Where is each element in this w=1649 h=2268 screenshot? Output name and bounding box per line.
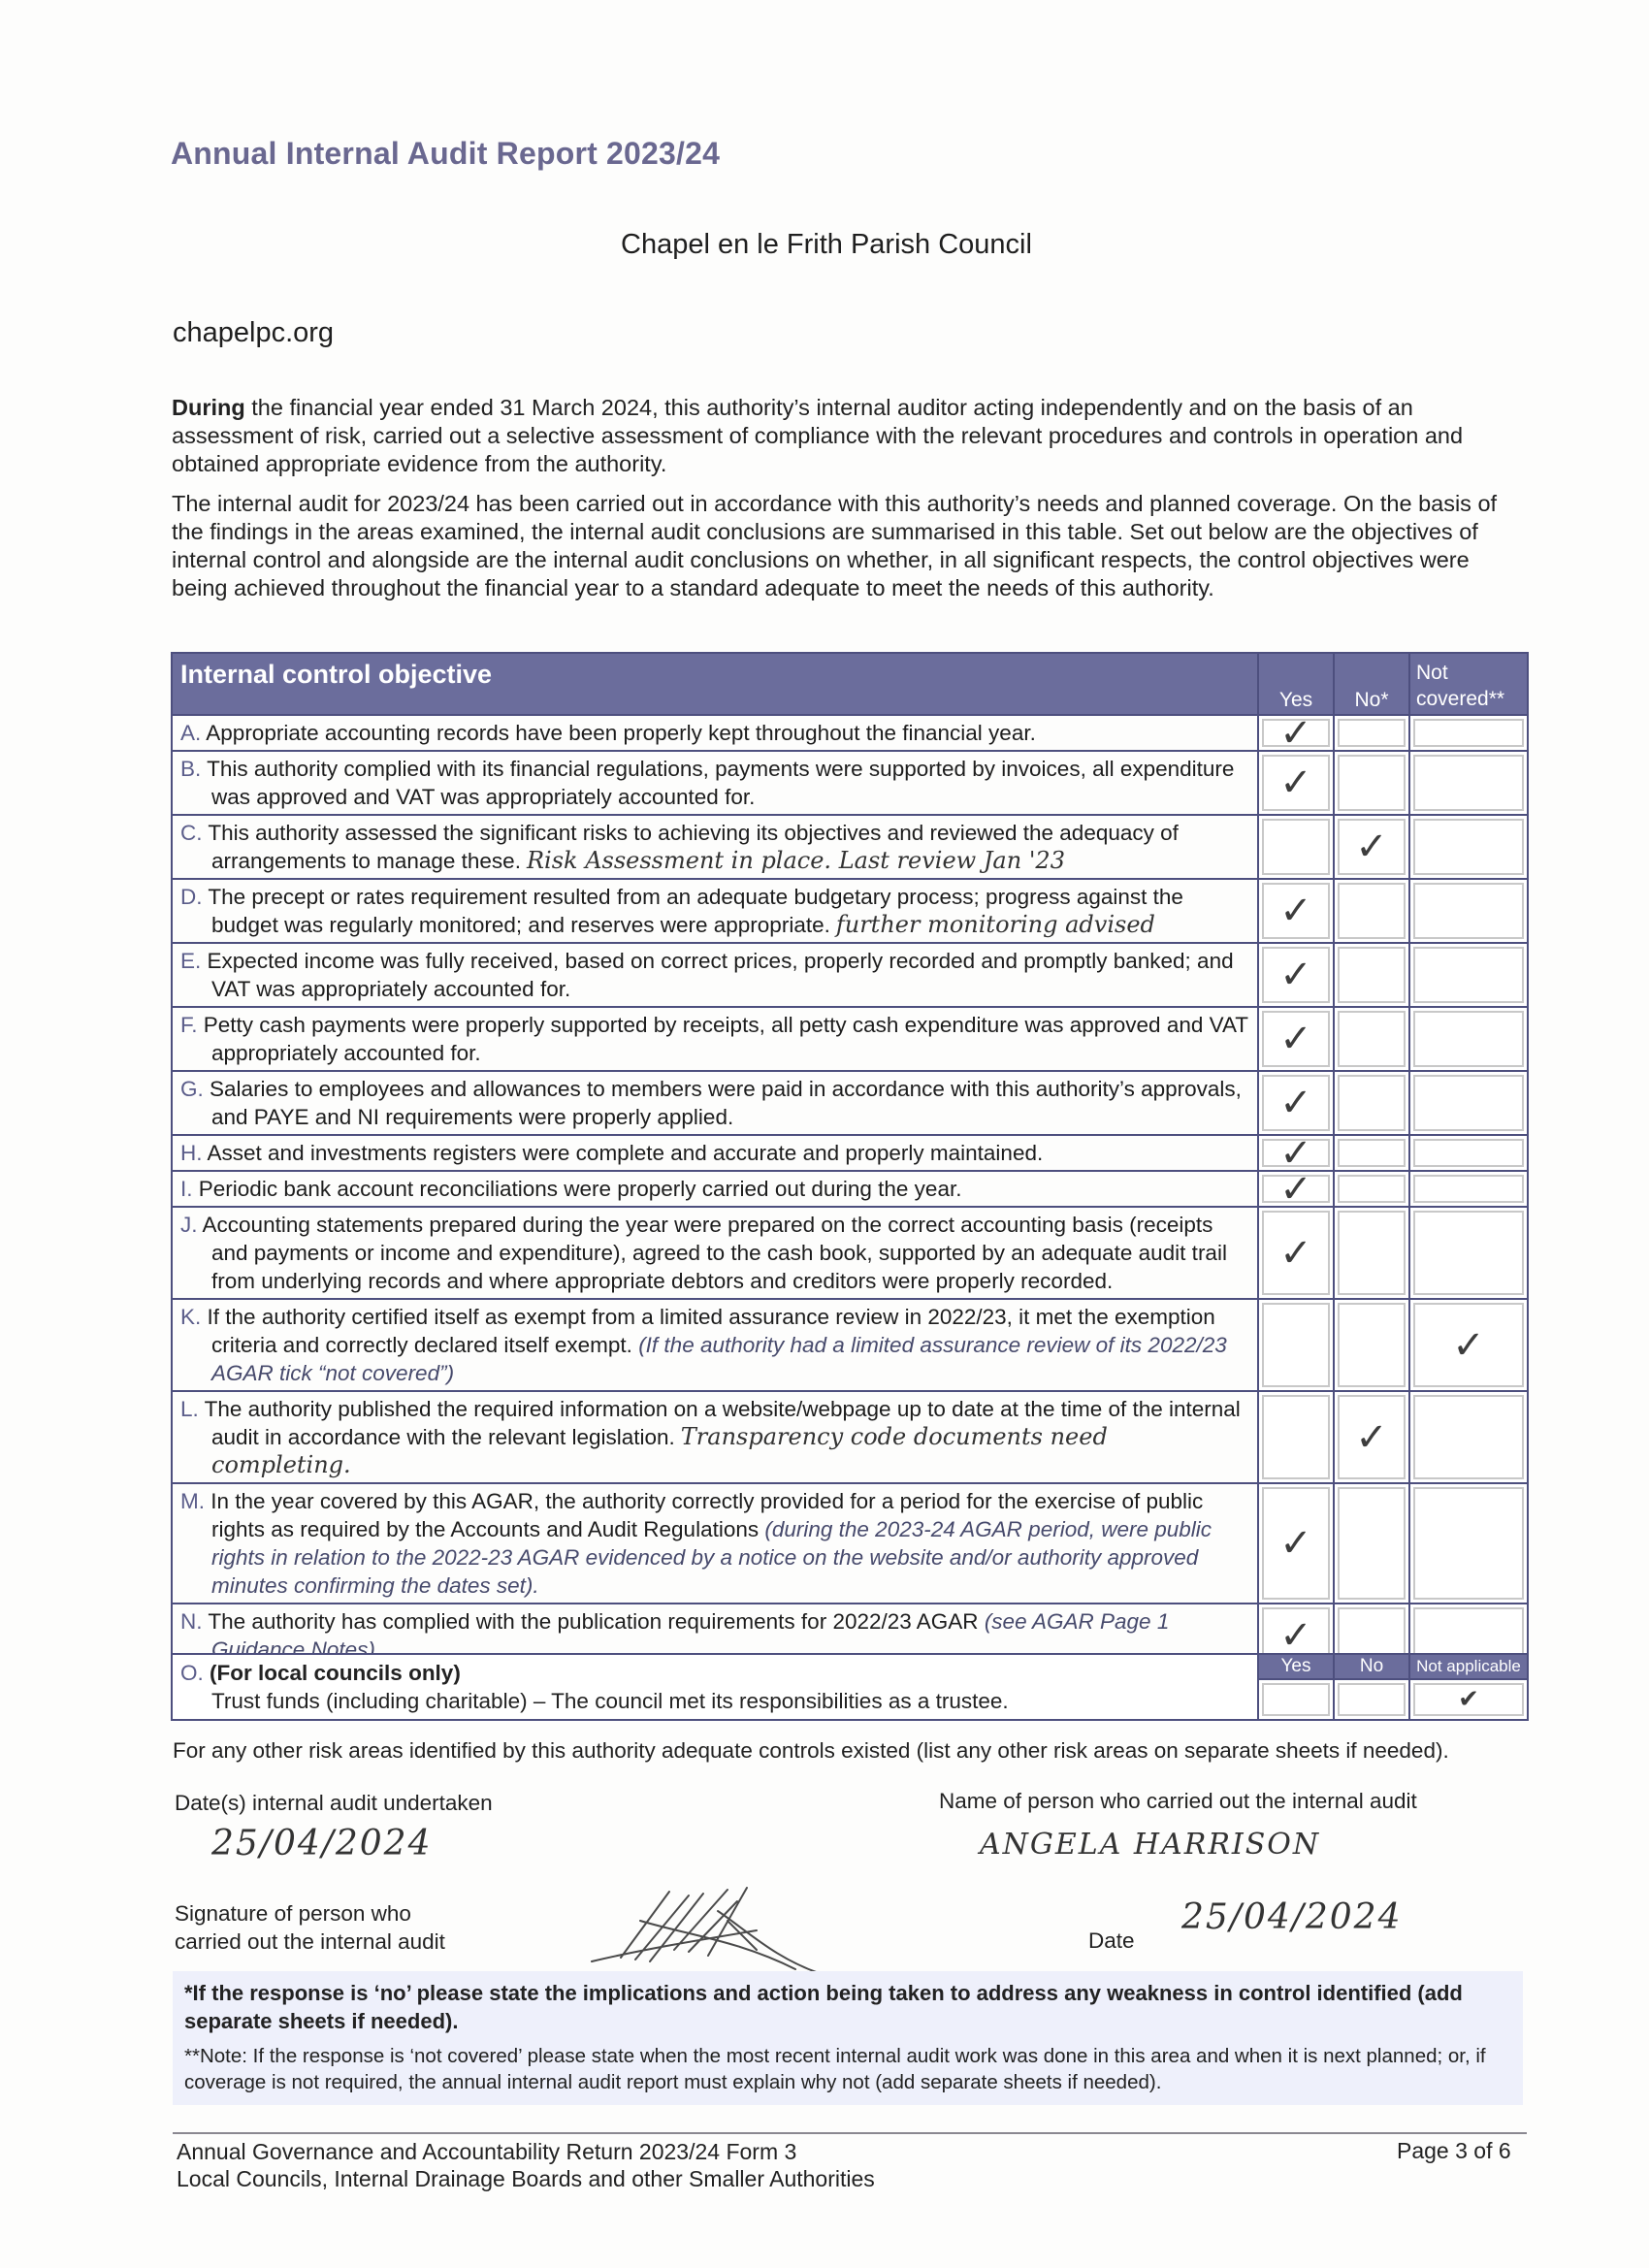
table-row: A. Appropriate accounting records have b…	[172, 715, 1528, 751]
objective-letter: L.	[180, 1397, 199, 1421]
table-row: L. The authority published the required …	[172, 1391, 1528, 1483]
yes-checkbox[interactable]: ✓	[1258, 879, 1334, 943]
intro-paragraph-2: The internal audit for 2023/24 has been …	[172, 490, 1510, 602]
objective-text: A. Appropriate accounting records have b…	[172, 715, 1258, 751]
audit-dates-label: Date(s) internal audit undertaken	[175, 1789, 493, 1817]
no-response-note: *If the response is ‘no’ please state th…	[184, 1979, 1511, 2035]
objective-letter: J.	[180, 1213, 198, 1237]
report-title: Annual Internal Audit Report 2023/24	[171, 136, 720, 172]
yes-checkbox[interactable]: ✓	[1258, 1483, 1334, 1604]
footer-form-name: Annual Governance and Accountability Ret…	[177, 2138, 875, 2192]
no-column-header: No*	[1334, 653, 1409, 715]
auditor-handwritten-note: further monitoring advised	[836, 911, 1155, 938]
objectives-body: A. Appropriate accounting records have b…	[172, 715, 1528, 1668]
no-checkbox[interactable]	[1334, 1007, 1409, 1071]
table-row: B. This authority complied with its fina…	[172, 751, 1528, 815]
auditor-name-field[interactable]: ANGELA HARRISON	[980, 1828, 1320, 1862]
trust-no-checkbox[interactable]	[1334, 1679, 1409, 1721]
objective-description: This authority complied with its financi…	[207, 757, 1234, 809]
yes-checkbox[interactable]: ✓	[1258, 715, 1334, 751]
not-covered-checkbox[interactable]	[1409, 1007, 1528, 1071]
trust-header-row: O. (For local councils only) Trust funds…	[172, 1654, 1528, 1679]
intro-p1-body: the financial year ended 31 March 2024, …	[172, 395, 1463, 476]
objective-letter: K.	[180, 1305, 201, 1329]
objective-text: L. The authority published the required …	[172, 1391, 1258, 1483]
no-checkbox[interactable]	[1334, 1483, 1409, 1604]
objective-letter: H.	[180, 1141, 203, 1165]
trust-yes-header: Yes	[1258, 1654, 1334, 1679]
objective-description: Accounting statements prepared during th…	[203, 1213, 1227, 1293]
page-number: Page 3 of 6	[1397, 2138, 1511, 2164]
objective-description: Asset and investments registers were com…	[208, 1141, 1044, 1165]
no-checkbox[interactable]	[1334, 1299, 1409, 1391]
table-row: I. Periodic bank account reconciliations…	[172, 1171, 1528, 1207]
auditor-signature[interactable]	[582, 1882, 854, 1979]
not-covered-checkbox[interactable]	[1409, 1391, 1528, 1483]
intro-text: During the financial year ended 31 March…	[172, 394, 1510, 614]
objective-text: H. Asset and investments registers were …	[172, 1135, 1258, 1171]
not-covered-checkbox[interactable]	[1409, 1483, 1528, 1604]
yes-checkbox[interactable]	[1258, 1299, 1334, 1391]
no-checkbox[interactable]	[1334, 751, 1409, 815]
trust-letter: O.	[180, 1661, 204, 1685]
not-covered-checkbox[interactable]	[1409, 1071, 1528, 1135]
yes-checkbox[interactable]: ✓	[1258, 1007, 1334, 1071]
trust-na-header: Not applicable	[1409, 1654, 1528, 1679]
yes-checkbox[interactable]: ✓	[1258, 1071, 1334, 1135]
table-row: H. Asset and investments registers were …	[172, 1135, 1528, 1171]
intro-paragraph-1: During the financial year ended 31 March…	[172, 394, 1510, 478]
auditor-handwritten-note: Risk Assessment in place. Last review Ja…	[527, 847, 1065, 874]
objective-text: D. The precept or rates requirement resu…	[172, 879, 1258, 943]
check-mark-icon: ✓	[1452, 1326, 1485, 1365]
not-covered-response-note: **Note: If the response is ‘not covered’…	[184, 2043, 1511, 2095]
table-row: F. Petty cash payments were properly sup…	[172, 1007, 1528, 1071]
table-row: G. Salaries to employees and allowances …	[172, 1071, 1528, 1135]
no-checkbox[interactable]	[1334, 1207, 1409, 1299]
no-checkbox[interactable]: ✓	[1334, 1391, 1409, 1483]
check-mark-icon: ✓	[1279, 1084, 1312, 1122]
no-checkbox[interactable]: ✓	[1334, 815, 1409, 879]
check-mark-icon: ✓	[1279, 1020, 1312, 1058]
not-covered-header-line1: Not	[1416, 662, 1448, 684]
objective-letter: M.	[180, 1489, 205, 1513]
table-row: M. In the year covered by this AGAR, the…	[172, 1483, 1528, 1604]
trust-text: Trust funds (including charitable) – The…	[180, 1687, 1009, 1715]
not-covered-header-line2: covered**	[1416, 688, 1504, 710]
objective-text: B. This authority complied with its fina…	[172, 751, 1258, 815]
objective-letter: N.	[180, 1609, 203, 1634]
not-covered-checkbox[interactable]	[1409, 1171, 1528, 1207]
check-mark-icon: ✓	[1279, 1616, 1312, 1655]
trust-heading: (For local councils only)	[210, 1661, 461, 1685]
objective-text: M. In the year covered by this AGAR, the…	[172, 1483, 1258, 1604]
trust-no-header: No	[1334, 1654, 1409, 1679]
council-name: Chapel en le Frith Parish Council	[621, 229, 1032, 261]
yes-checkbox[interactable]: ✓	[1258, 1135, 1334, 1171]
yes-checkbox[interactable]: ✓	[1258, 1207, 1334, 1299]
council-website: chapelpc.org	[173, 317, 334, 349]
check-mark-icon: ✓	[1279, 956, 1312, 994]
check-mark-icon: ✓	[1279, 714, 1312, 753]
objective-description: The authority has complied with the publ…	[208, 1609, 978, 1634]
no-checkbox[interactable]	[1334, 1171, 1409, 1207]
objective-description: Petty cash payments were properly suppor…	[204, 1013, 1248, 1065]
signature-label-line1: Signature of person who	[175, 1901, 411, 1926]
sign-date-field[interactable]: 25/04/2024	[1181, 1897, 1403, 1937]
no-checkbox[interactable]	[1334, 1135, 1409, 1171]
not-covered-checkbox[interactable]	[1409, 1135, 1528, 1171]
check-mark-icon: ✓	[1279, 763, 1312, 802]
objective-description: Salaries to employees and allowances to …	[210, 1077, 1242, 1129]
check-mark-icon: ✓	[1279, 1170, 1312, 1209]
intro-lead-word: During	[172, 395, 245, 420]
no-checkbox[interactable]	[1334, 943, 1409, 1007]
objective-letter: F.	[180, 1013, 198, 1037]
objective-letter: A.	[180, 721, 201, 745]
objective-letter: I.	[180, 1177, 193, 1201]
footer-line2: Local Councils, Internal Drainage Boards…	[177, 2166, 875, 2191]
objective-description: Expected income was fully received, base…	[208, 949, 1234, 1001]
trust-objective: O. (For local councils only) Trust funds…	[172, 1654, 1258, 1720]
auditor-name-label: Name of person who carried out the inter…	[939, 1787, 1417, 1815]
table-header-row: Internal control objective Yes No* Notco…	[172, 653, 1528, 715]
check-mark-icon: ✔	[1458, 1687, 1479, 1712]
not-covered-checkbox[interactable]: ✓	[1409, 1299, 1528, 1391]
not-covered-checkbox[interactable]	[1409, 715, 1528, 751]
yes-checkbox[interactable]	[1258, 1391, 1334, 1483]
objective-letter: G.	[180, 1077, 204, 1101]
yes-checkbox[interactable]: ✓	[1258, 751, 1334, 815]
objective-column-header: Internal control objective	[172, 653, 1258, 715]
check-mark-icon: ✓	[1355, 1418, 1388, 1457]
audit-dates-field[interactable]: 25/04/2024	[211, 1824, 433, 1863]
not-covered-checkbox[interactable]	[1409, 815, 1528, 879]
objective-letter: B.	[180, 757, 201, 781]
objective-text: C. This authority assessed the significa…	[172, 815, 1258, 879]
not-covered-checkbox[interactable]	[1409, 1207, 1528, 1299]
table-row: E. Expected income was fully received, b…	[172, 943, 1528, 1007]
audit-report-page: Annual Internal Audit Report 2023/24 Cha…	[0, 0, 1649, 2268]
table-row: C. This authority assessed the significa…	[172, 815, 1528, 879]
internal-control-table: Internal control objective Yes No* Notco…	[171, 652, 1529, 1669]
footer-line1: Annual Governance and Accountability Ret…	[177, 2139, 796, 2164]
no-checkbox[interactable]	[1334, 1071, 1409, 1135]
not-covered-column-header: Notcovered**	[1409, 653, 1528, 715]
other-risk-statement: For any other risk areas identified by t…	[173, 1738, 1449, 1764]
objective-text: I. Periodic bank account reconciliations…	[172, 1171, 1258, 1207]
trust-yes-checkbox[interactable]	[1258, 1679, 1334, 1721]
footer-divider	[173, 2132, 1527, 2134]
objective-description: Periodic bank account reconciliations we…	[199, 1177, 962, 1201]
objective-letter: D.	[180, 885, 203, 909]
objective-description: Appropriate accounting records have been…	[206, 721, 1036, 745]
not-covered-checkbox[interactable]	[1409, 943, 1528, 1007]
objective-letter: C.	[180, 821, 203, 845]
yes-column-header: Yes	[1258, 653, 1334, 715]
table-row: D. The precept or rates requirement resu…	[172, 879, 1528, 943]
check-mark-icon: ✓	[1279, 1234, 1312, 1273]
check-mark-icon: ✓	[1279, 1524, 1312, 1563]
table-row: J. Accounting statements prepared during…	[172, 1207, 1528, 1299]
check-mark-icon: ✓	[1279, 891, 1312, 930]
objective-text: G. Salaries to employees and allowances …	[172, 1071, 1258, 1135]
objective-letter: E.	[180, 949, 201, 973]
trust-funds-table: O. (For local councils only) Trust funds…	[171, 1653, 1529, 1721]
objective-text: F. Petty cash payments were properly sup…	[172, 1007, 1258, 1071]
no-checkbox[interactable]	[1334, 715, 1409, 751]
yes-checkbox[interactable]	[1258, 815, 1334, 879]
signature-label-line2: carried out the internal audit	[175, 1929, 445, 1954]
objective-text: E. Expected income was fully received, b…	[172, 943, 1258, 1007]
sign-date-label: Date	[1088, 1927, 1135, 1955]
not-covered-checkbox[interactable]	[1409, 751, 1528, 815]
table-row: K. If the authority certified itself as …	[172, 1299, 1528, 1391]
response-notes-box: *If the response is ‘no’ please state th…	[173, 1971, 1523, 2105]
not-covered-checkbox[interactable]	[1409, 879, 1528, 943]
yes-checkbox[interactable]: ✓	[1258, 1171, 1334, 1207]
check-mark-icon: ✓	[1355, 827, 1388, 866]
no-checkbox[interactable]	[1334, 879, 1409, 943]
trust-na-checkbox[interactable]: ✔	[1409, 1679, 1528, 1721]
objective-text: K. If the authority certified itself as …	[172, 1299, 1258, 1391]
objective-text: J. Accounting statements prepared during…	[172, 1207, 1258, 1299]
signature-label: Signature of person who carried out the …	[175, 1899, 445, 1956]
yes-checkbox[interactable]: ✓	[1258, 943, 1334, 1007]
